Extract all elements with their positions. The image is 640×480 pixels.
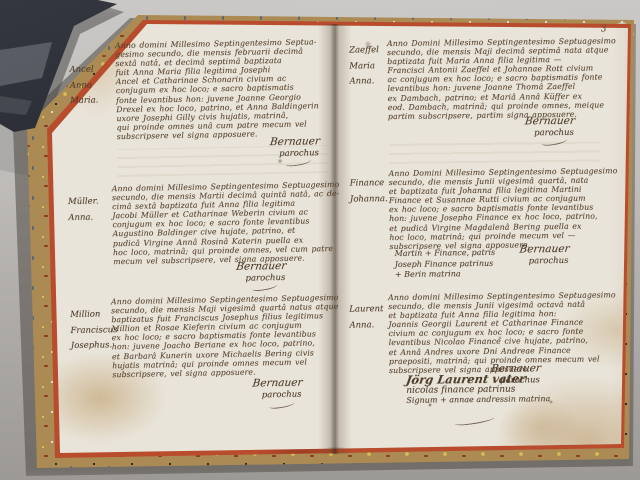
- handwritten-line: Bernauer: [252, 377, 303, 390]
- handwritten-line: parochus: [534, 128, 575, 138]
- handwritten-line: parochus: [262, 390, 303, 401]
- entry-body: Anno Domini Millesimo Septingentesimo Se…: [387, 36, 617, 121]
- handwritten-line: Bernauer: [524, 115, 576, 128]
- ink-bleedthrough: [389, 137, 599, 164]
- handwritten-line: Anna.: [68, 210, 99, 226]
- handwritten-line: Anna.: [349, 74, 379, 90]
- parish-priest-signature: Bernauerparochus: [519, 243, 569, 267]
- handwritten-line: Anna.: [349, 318, 383, 334]
- parish-priest-signature: Bernauerparochus: [252, 377, 302, 401]
- parish-priest-signature: Bernauerparochus: [525, 115, 575, 139]
- handwritten-line: Maria.: [70, 93, 99, 109]
- manuscript-scan-photo: AncelAnnaMaria. Anno domini Millesimo Se…: [0, 0, 640, 480]
- entry-body: Anno domini Millesimo Septingentesimo Se…: [111, 293, 340, 379]
- handwritten-line: Maria: [349, 59, 379, 75]
- handwritten-line: Johanna.: [350, 192, 388, 208]
- witness-signatures: Martin + Finance, patrisJoseph Finance p…: [394, 248, 495, 281]
- margin-note: AncelAnnaMaria.: [69, 62, 98, 109]
- entry-body: Anno Domini Millesimo Septingentesimo Se…: [389, 166, 619, 251]
- handwritten-line: Müller.: [68, 194, 99, 210]
- handwritten-line: Anna: [70, 78, 99, 94]
- handwritten-line: Martin + Finance, patris: [394, 248, 495, 260]
- handwritten-line: Signum + annae andressin matrina: [406, 394, 550, 406]
- handwritten-line: Jörg Laurent vater: [405, 373, 551, 385]
- handwritten-line: Bernauer: [236, 260, 287, 273]
- margin-note: ZaeffelMariaAnna.: [349, 43, 379, 90]
- handwritten-line: Zaeffel: [349, 43, 379, 59]
- witness-signatures: Jörg Laurent vaternicolas finance patrin…: [406, 373, 550, 406]
- handwritten-line: Bernauer: [519, 243, 571, 256]
- handwritten-line: Laurent: [349, 302, 383, 318]
- entry-body: Anno domini Millesimo Septingentesimo Se…: [112, 180, 341, 266]
- entry-body: Anno domini Millesimo Septingentesimo Se…: [115, 37, 319, 141]
- page-number: 3: [601, 24, 607, 34]
- handwritten-line: Joseph Finance patrinus: [395, 258, 496, 270]
- handwritten-line: Ancel: [69, 62, 98, 78]
- handwritten-line: parochus: [529, 256, 570, 266]
- margin-note: FinanceJohanna.: [350, 176, 388, 207]
- margin-note: LaurentAnna.: [349, 302, 384, 333]
- margin-note: Müller.Anna.: [68, 194, 99, 226]
- parish-priest-signature: Bernauerparochus: [236, 260, 286, 284]
- handwritten-line: Bernauer: [269, 135, 320, 148]
- parish-priest-signature: Bernauerparochus: [270, 135, 320, 159]
- handwritten-line: + Berin matrina: [395, 269, 496, 281]
- handwritten-line: Finance: [350, 176, 388, 192]
